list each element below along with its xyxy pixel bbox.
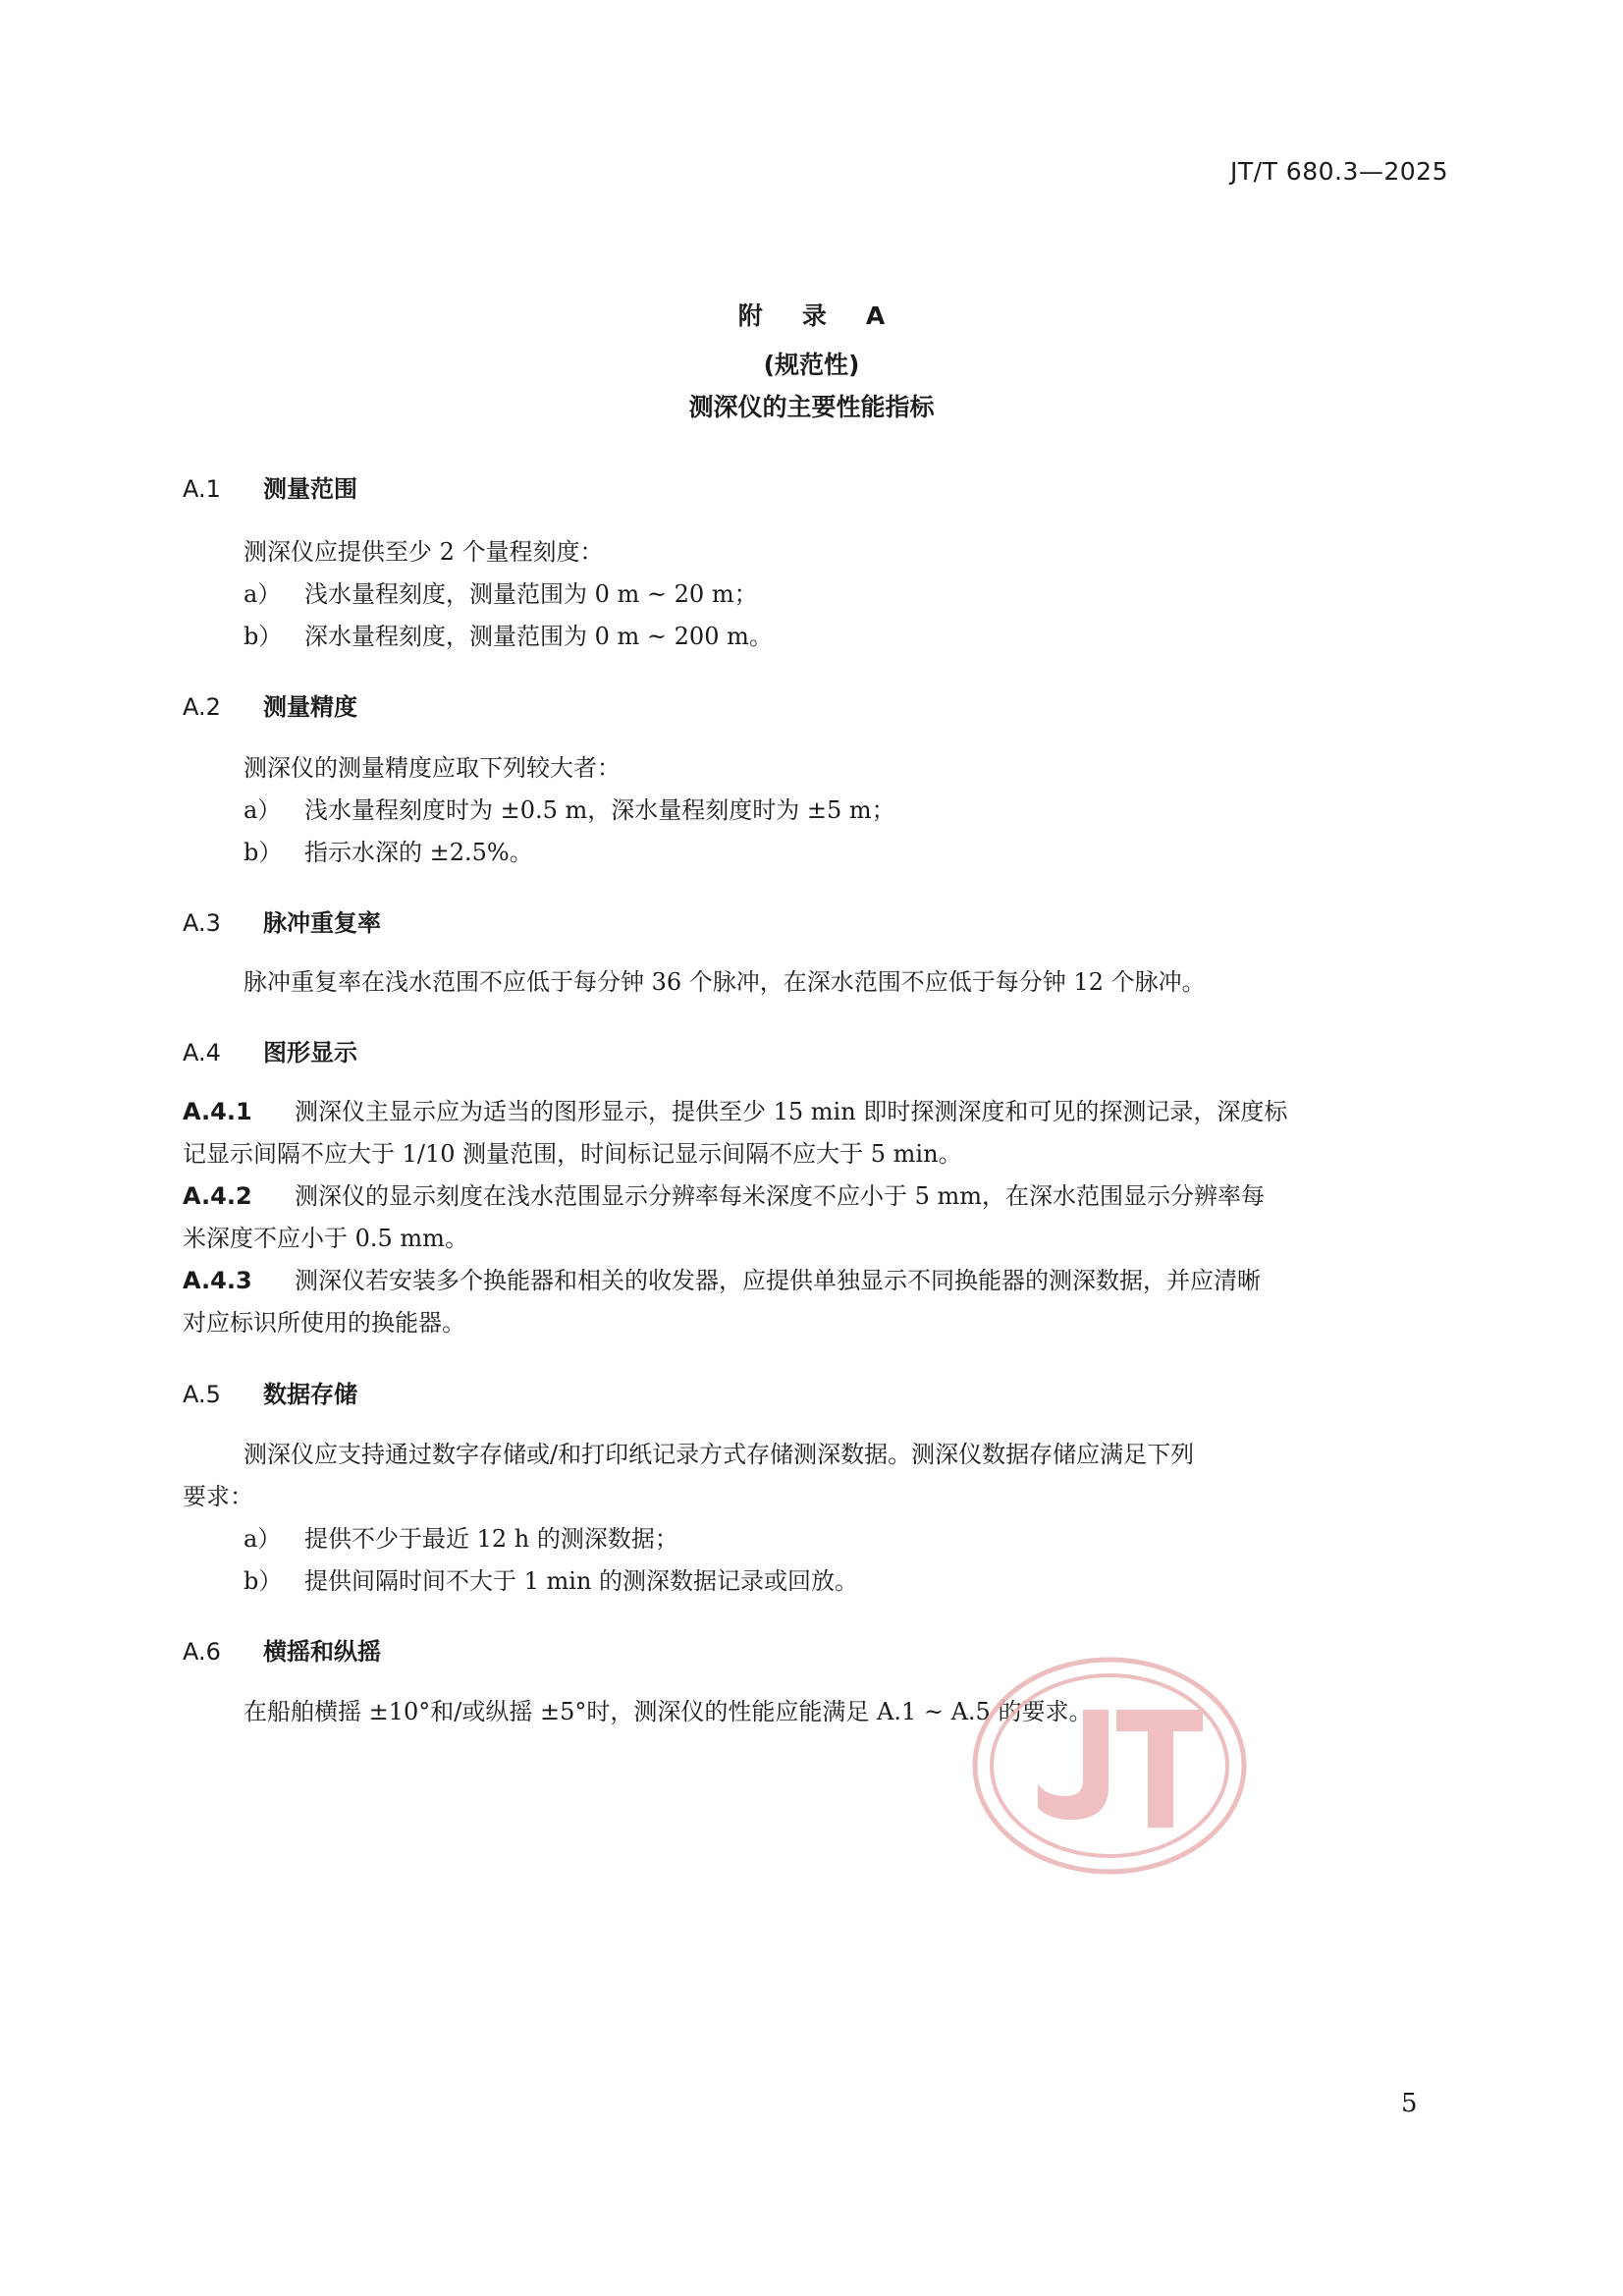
clause-text: 测深仪的显示刻度在浅水范围显示分辨率每米深度不应小于 5 mm，在深水范围显示分… xyxy=(295,1182,1265,1210)
standard-code: JT/T 680.3—2025 xyxy=(1230,157,1448,186)
section-title: 图形显示 xyxy=(263,1039,357,1066)
section-number: A.1 xyxy=(183,475,263,503)
annex-subject: 测深仪的主要性能指标 xyxy=(0,388,1623,423)
list-text: 提供不少于最近 12 h 的测深数据； xyxy=(304,1525,678,1553)
annex-nature: (规范性) xyxy=(0,346,1623,381)
list-text: 指示水深的 ±2.5%。 xyxy=(304,839,533,866)
section-number: A.6 xyxy=(183,1638,263,1666)
section-heading-a5: A.5数据存储 xyxy=(183,1375,357,1409)
clause-continuation: 米深度不应小于 0.5 mm。 xyxy=(183,1224,468,1253)
list-marker: b） xyxy=(243,622,304,651)
section-intro: 测深仪应提供至少 2 个量程刻度： xyxy=(243,537,604,567)
list-item: b）指示水深的 ±2.5%。 xyxy=(243,838,533,867)
clause-continuation: 记显示间隔不应大于 1/10 测量范围，时间标记显示间隔不应大于 5 min。 xyxy=(183,1139,962,1169)
annex-title-part: 附 xyxy=(738,297,763,332)
jt-watermark-logo xyxy=(967,1653,1252,1879)
list-text: 浅水量程刻度，测量范围为 0 m ~ 20 m； xyxy=(304,580,758,608)
clause-a-4-1: A.4.1测深仪主显示应为适当的图形显示，提供至少 15 min 即时探测深度和… xyxy=(183,1097,1287,1126)
list-marker: b） xyxy=(243,1566,304,1596)
list-item: b）深水量程刻度，测量范围为 0 m ~ 200 m。 xyxy=(243,622,773,651)
list-text: 深水量程刻度，测量范围为 0 m ~ 200 m。 xyxy=(304,623,773,650)
list-item: a）提供不少于最近 12 h 的测深数据； xyxy=(243,1524,678,1554)
section-title: 横摇和纵摇 xyxy=(263,1638,381,1666)
section-title: 脉冲重复率 xyxy=(263,909,381,937)
jt-logo-icon xyxy=(967,1653,1252,1879)
section-intro: 测深仪的测量精度应取下列较大者： xyxy=(243,753,621,783)
section-heading-a3: A.3脉冲重复率 xyxy=(183,903,381,938)
list-marker: a） xyxy=(243,795,304,825)
section-heading-a1: A.1测量范围 xyxy=(183,469,357,504)
clause-number: A.4.1 xyxy=(183,1097,295,1126)
list-marker: a） xyxy=(243,579,304,609)
list-item: a）浅水量程刻度，测量范围为 0 m ~ 20 m； xyxy=(243,579,758,609)
clause-number: A.4.2 xyxy=(183,1181,295,1211)
section-paragraph: 在船舶横摇 ±10°和/或纵摇 ±5°时，测深仪的性能应能满足 A.1 ~ A.… xyxy=(243,1697,1092,1726)
annex-title-part: 录 xyxy=(802,297,827,332)
section-number: A.4 xyxy=(183,1039,263,1066)
section-paragraph: 测深仪应支持通过数字存储或/和打印纸记录方式存储测深数据。测深仪数据存储应满足下… xyxy=(243,1440,1194,1469)
section-heading-a2: A.2测量精度 xyxy=(183,687,357,722)
list-item: b）提供间隔时间不大于 1 min 的测深数据记录或回放。 xyxy=(243,1566,858,1596)
clause-a-4-3: A.4.3测深仪若安装多个换能器和相关的收发器，应提供单独显示不同换能器的测深数… xyxy=(183,1266,1261,1295)
annex-title-part: A xyxy=(866,301,885,330)
list-text: 浅水量程刻度时为 ±0.5 m，深水量程刻度时为 ±5 m； xyxy=(304,796,895,824)
clause-text: 测深仪主显示应为适当的图形显示，提供至少 15 min 即时探测深度和可见的探测… xyxy=(295,1098,1287,1125)
list-marker: a） xyxy=(243,1524,304,1554)
section-paragraph: 脉冲重复率在浅水范围不应低于每分钟 36 个脉冲，在深水范围不应低于每分钟 12… xyxy=(243,967,1206,997)
list-text: 提供间隔时间不大于 1 min 的测深数据记录或回放。 xyxy=(304,1567,858,1595)
section-title: 测量范围 xyxy=(263,475,357,503)
section-title: 测量精度 xyxy=(263,693,357,721)
list-marker: b） xyxy=(243,838,304,867)
clause-a-4-2: A.4.2测深仪的显示刻度在浅水范围显示分辨率每米深度不应小于 5 mm，在深水… xyxy=(183,1181,1265,1211)
annex-title: 附录A xyxy=(0,297,1623,332)
section-number: A.3 xyxy=(183,909,263,937)
section-number: A.5 xyxy=(183,1381,263,1408)
section-paragraph-continuation: 要求： xyxy=(183,1482,253,1511)
list-item: a）浅水量程刻度时为 ±0.5 m，深水量程刻度时为 ±5 m； xyxy=(243,795,895,825)
section-heading-a4: A.4图形显示 xyxy=(183,1033,357,1067)
clause-text: 测深仪若安装多个换能器和相关的收发器，应提供单独显示不同换能器的测深数据，并应清… xyxy=(295,1267,1261,1294)
section-title: 数据存储 xyxy=(263,1381,357,1408)
page-number: 5 xyxy=(1401,2089,1418,2118)
section-heading-a6: A.6横摇和纵摇 xyxy=(183,1632,381,1667)
clause-continuation: 对应标识所使用的换能器。 xyxy=(183,1308,465,1338)
clause-number: A.4.3 xyxy=(183,1266,295,1295)
section-number: A.2 xyxy=(183,693,263,721)
